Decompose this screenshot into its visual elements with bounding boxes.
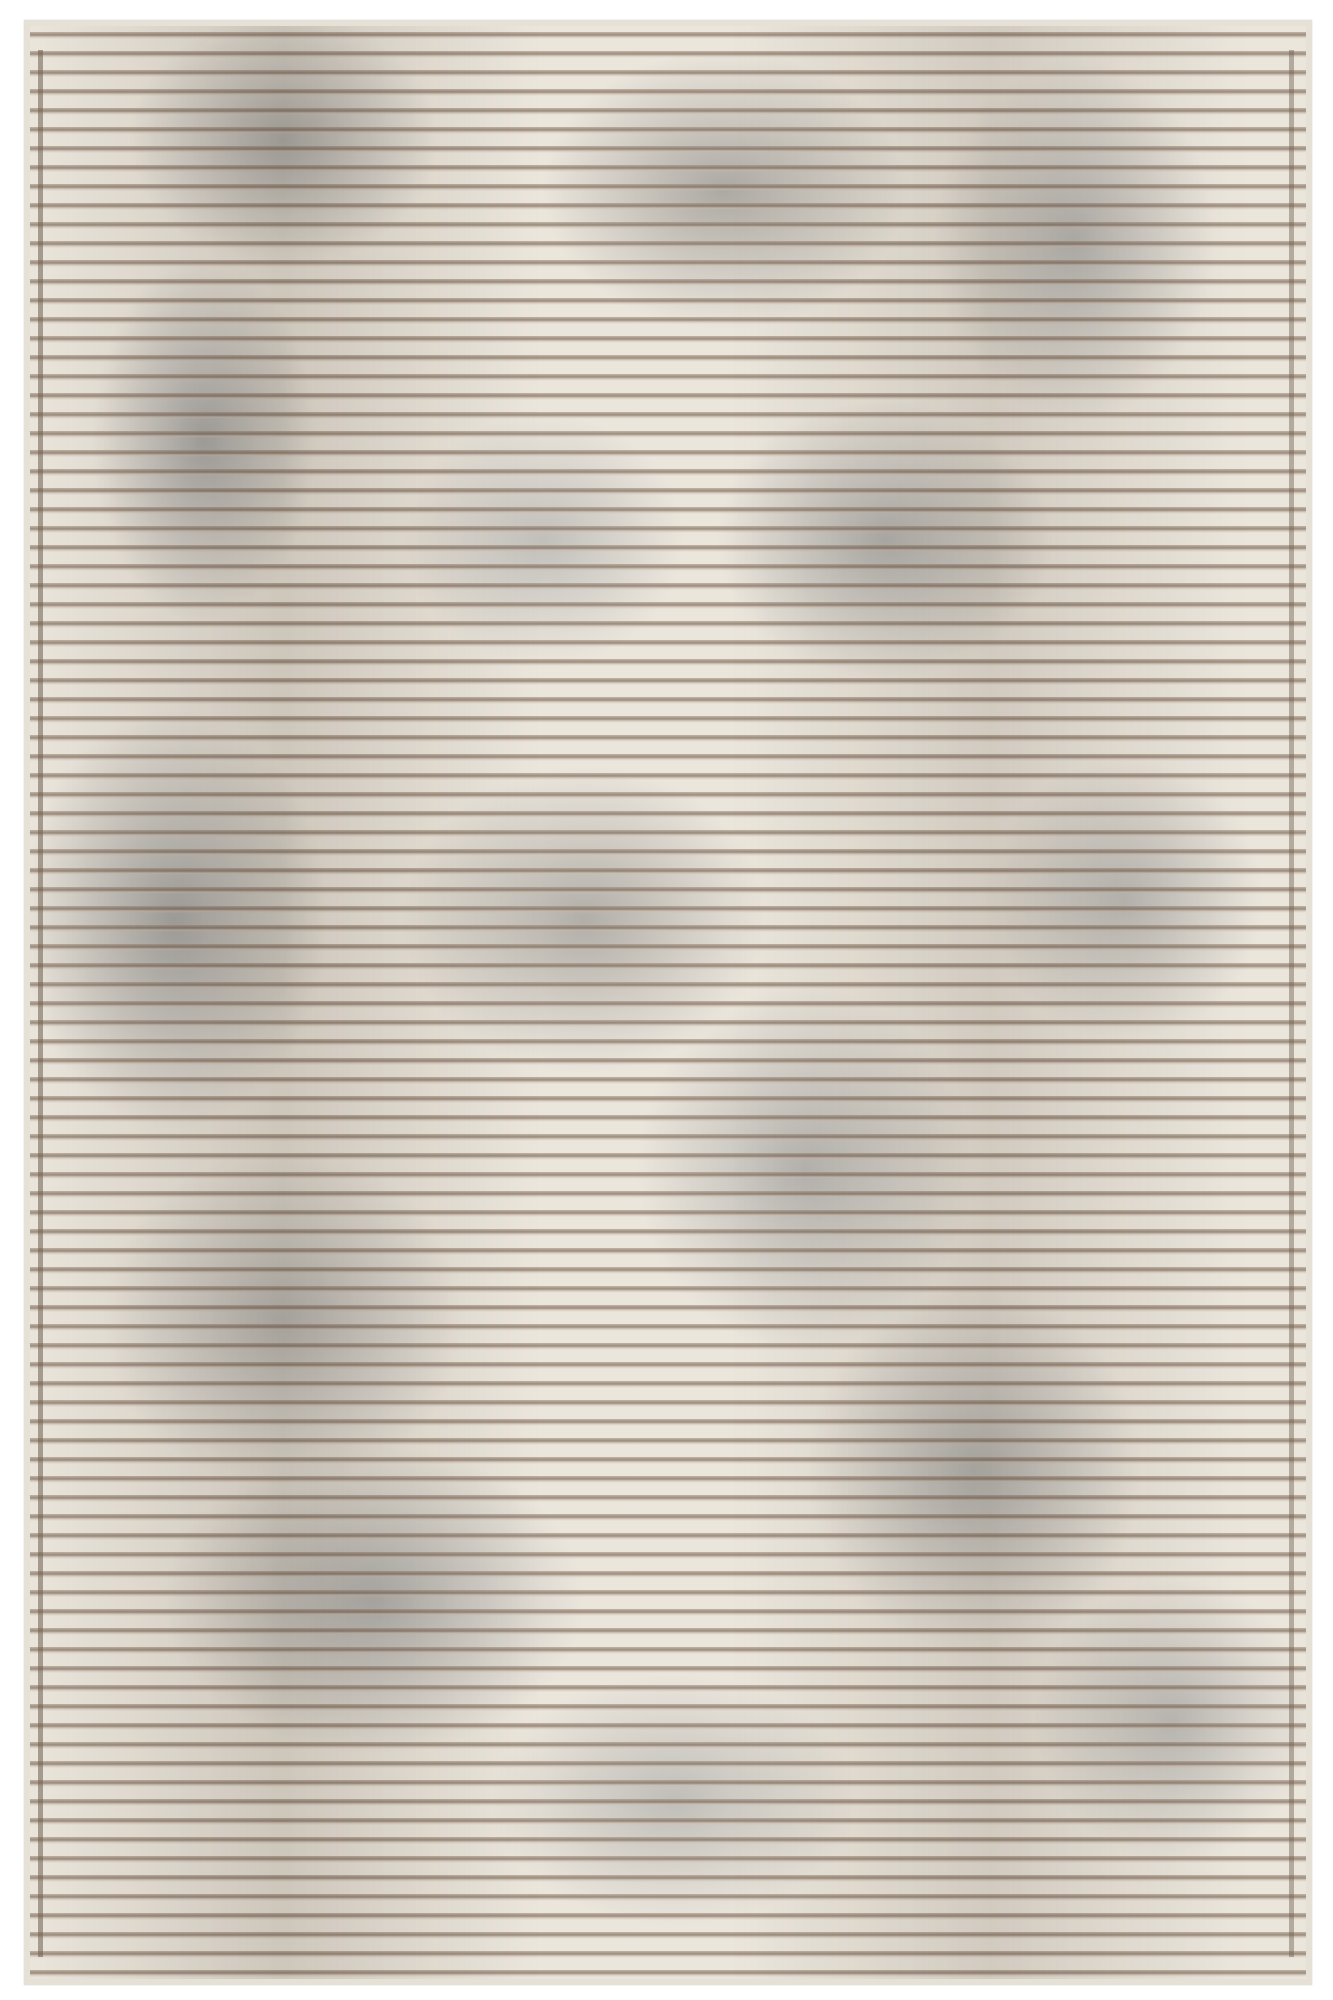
rug-image [24, 20, 1312, 1985]
product-image-stage [0, 0, 1333, 2000]
rug-dark-streaks [24, 20, 1312, 1985]
